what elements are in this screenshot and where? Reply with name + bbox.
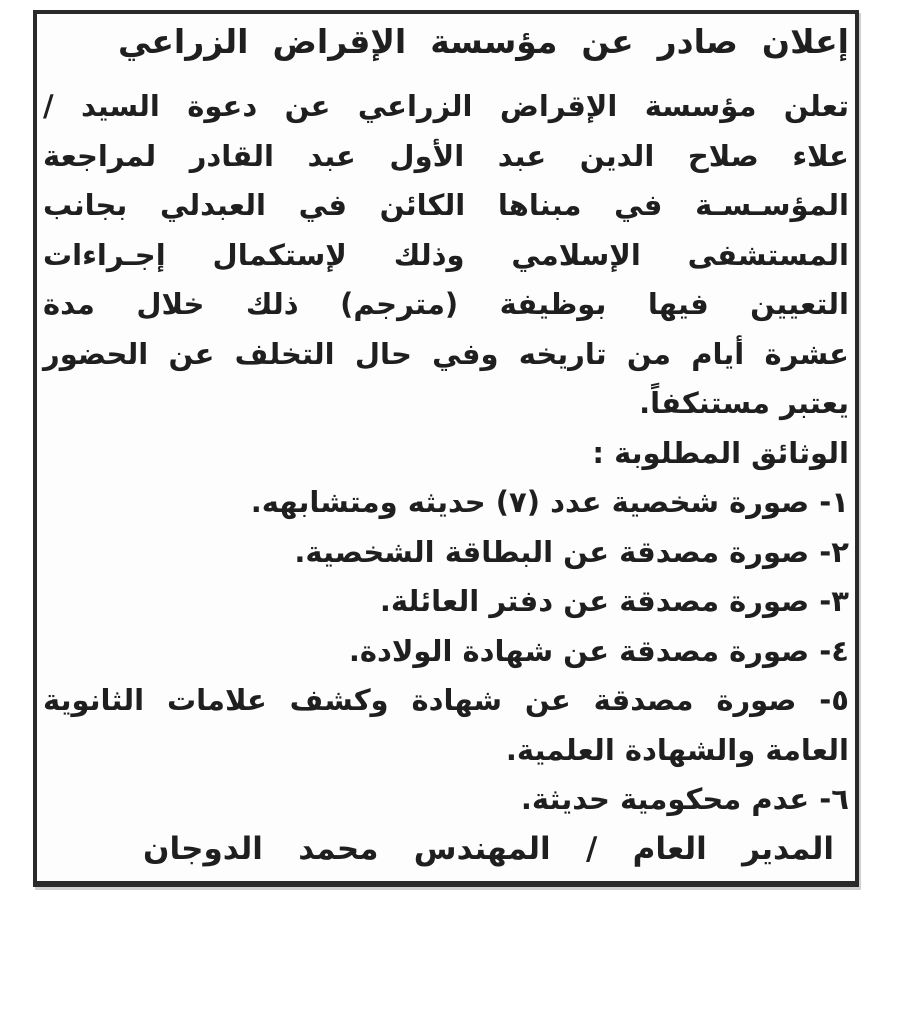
list-item-4: ٤- صورة مصدقة عن شهادة الولادة. (43, 627, 849, 677)
list-item-3: ٣- صورة مصدقة عن دفتر العائلة. (43, 577, 849, 627)
signature-line: المدير العام / المهندس محمد الدوجان (43, 825, 849, 875)
list-item-5: ٥- صورة مصدقة عن شهادة وكشف علامات الثان… (43, 676, 849, 726)
body-line-1: تعلن مؤسسة الإقراض الزراعي عن دعوة السيد… (43, 82, 849, 132)
body-line-7: يعتبر مستنكفاً. (43, 379, 849, 429)
page: إعلان صادر عن مؤسسة الإقراض الزراعي تعلن… (0, 0, 900, 1032)
body-line-2: علاء صلاح الدين عبد الأول عبد القادر لمر… (43, 132, 849, 182)
list-item-2: ٢- صورة مصدقة عن البطاقة الشخصية. (43, 528, 849, 578)
body-line-6: عشرة أيام من تاريخه وفي حال التخلف عن ال… (43, 330, 849, 380)
list-item-1: ١- صورة شخصية عدد (٧) حديثه ومتشابهه. (43, 478, 849, 528)
body-line-4: المستشفى الإسلامي وذلك لإستكمال إجـراءات (43, 231, 849, 281)
body-line-5: التعيين فيها بوظيفة (مترجم) ذلك خلال مدة (43, 280, 849, 330)
list-item-5-continuation: العامة والشهادة العلمية. (43, 726, 849, 776)
list-item-6: ٦- عدم محكومية حديثة. (43, 775, 849, 825)
documents-heading: الوثائق المطلوبة : (43, 429, 849, 479)
body-line-3: المؤسـسـة في مبناها الكائن في العبدلي بج… (43, 181, 849, 231)
announcement-box: إعلان صادر عن مؤسسة الإقراض الزراعي تعلن… (33, 10, 859, 887)
page-title: إعلان صادر عن مؤسسة الإقراض الزراعي (43, 14, 849, 70)
